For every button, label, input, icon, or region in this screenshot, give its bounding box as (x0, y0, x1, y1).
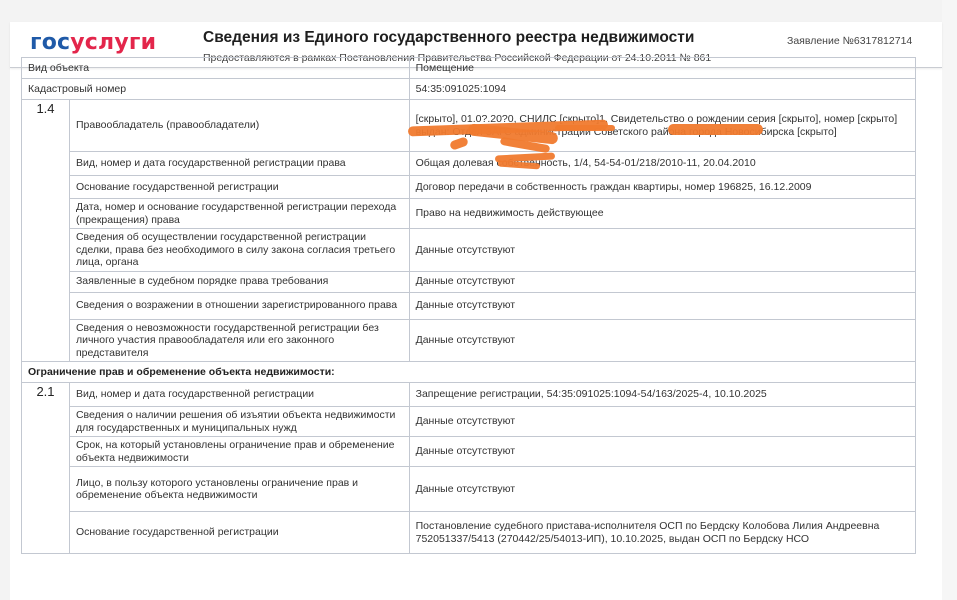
restrictions-row: Сведения о наличии решения об изъятии об… (22, 407, 916, 437)
field-value: Постановление судебного пристава-исполни… (409, 512, 915, 554)
rights-row: Сведения об осуществлении государственно… (22, 229, 916, 272)
restrictions-number: 2.1 (22, 383, 70, 554)
object-type-value: Помещение (409, 58, 915, 79)
field-value: Данные отсутствуют (409, 407, 915, 437)
field-label: Вид, номер и дата государственной регист… (69, 383, 409, 407)
background-strip (942, 0, 957, 600)
field-label: Основание государственной регистрации (69, 176, 409, 199)
field-label: Сведения о возражении в отношении зареги… (69, 292, 409, 319)
object-type-row: Вид объекта Помещение (22, 58, 916, 79)
restrictions-row: Лицо, в пользу которого установлены огра… (22, 467, 916, 512)
gosuslugi-logo: госуслуги (30, 30, 156, 55)
rights-row: Сведения о возражении в отношении зареги… (22, 292, 916, 319)
rights-row: Дата, номер и основание государственной … (22, 199, 916, 229)
rights-row: Сведения о невозможности государственной… (22, 319, 916, 362)
field-label: Правообладатель (правообладатели) (69, 100, 409, 152)
field-value: Данные отсутствуют (409, 319, 915, 362)
logo-part-gos: гос (30, 30, 70, 55)
field-value: Данные отсутствуют (409, 437, 915, 467)
restrictions-row: Срок, на который установлены ограничение… (22, 437, 916, 467)
restrictions-row: 2.1Вид, номер и дата государственной рег… (22, 383, 916, 407)
field-label: Сведения о наличии решения об изъятии об… (69, 407, 409, 437)
cadastral-label: Кадастровый номер (22, 79, 410, 100)
restrictions-heading: Ограничение прав и обременение объекта н… (22, 362, 916, 383)
application-number: Заявление №6317812714 (787, 35, 912, 47)
field-value: Договор передачи в собственность граждан… (409, 176, 915, 199)
field-value: Запрещение регистрации, 54:35:091025:109… (409, 383, 915, 407)
object-type-label: Вид объекта (22, 58, 410, 79)
field-label: Сведения о невозможности государственной… (69, 319, 409, 362)
logo-part-uslugi: услуги (70, 30, 156, 55)
rights-row: Заявленные в судебном порядке права треб… (22, 271, 916, 292)
field-label: Вид, номер и дата государственной регист… (69, 152, 409, 176)
document-title: Сведения из Единого государственного рее… (203, 29, 694, 47)
field-label: Дата, номер и основание государственной … (69, 199, 409, 229)
cadastral-value: 54:35:091025:1094 (409, 79, 915, 100)
redaction-mark (668, 124, 763, 135)
restrictions-heading-row: Ограничение прав и обременение объекта н… (22, 362, 916, 383)
rights-number: 1.4 (22, 100, 70, 362)
field-value: Данные отсутствуют (409, 467, 915, 512)
field-value: Данные отсутствуют (409, 229, 915, 272)
field-value: Данные отсутствуют (409, 271, 915, 292)
redaction-mark (555, 125, 615, 131)
cadastral-row: Кадастровый номер 54:35:091025:1094 (22, 79, 916, 100)
field-value: Общая долевая собственность, 1/4, 54-54-… (409, 152, 915, 176)
field-label: Лицо, в пользу которого установлены огра… (69, 467, 409, 512)
field-label: Сведения об осуществлении государственно… (69, 229, 409, 272)
rights-row: Основание государственной регистрацииДог… (22, 176, 916, 199)
rights-row: Вид, номер и дата государственной регист… (22, 152, 916, 176)
field-value: Право на недвижимость действующее (409, 199, 915, 229)
field-label: Основание государственной регистрации (69, 512, 409, 554)
restrictions-row: Основание государственной регистрацииПос… (22, 512, 916, 554)
field-value: Данные отсутствуют (409, 292, 915, 319)
field-label: Заявленные в судебном порядке права треб… (69, 271, 409, 292)
field-label: Срок, на который установлены ограничение… (69, 437, 409, 467)
